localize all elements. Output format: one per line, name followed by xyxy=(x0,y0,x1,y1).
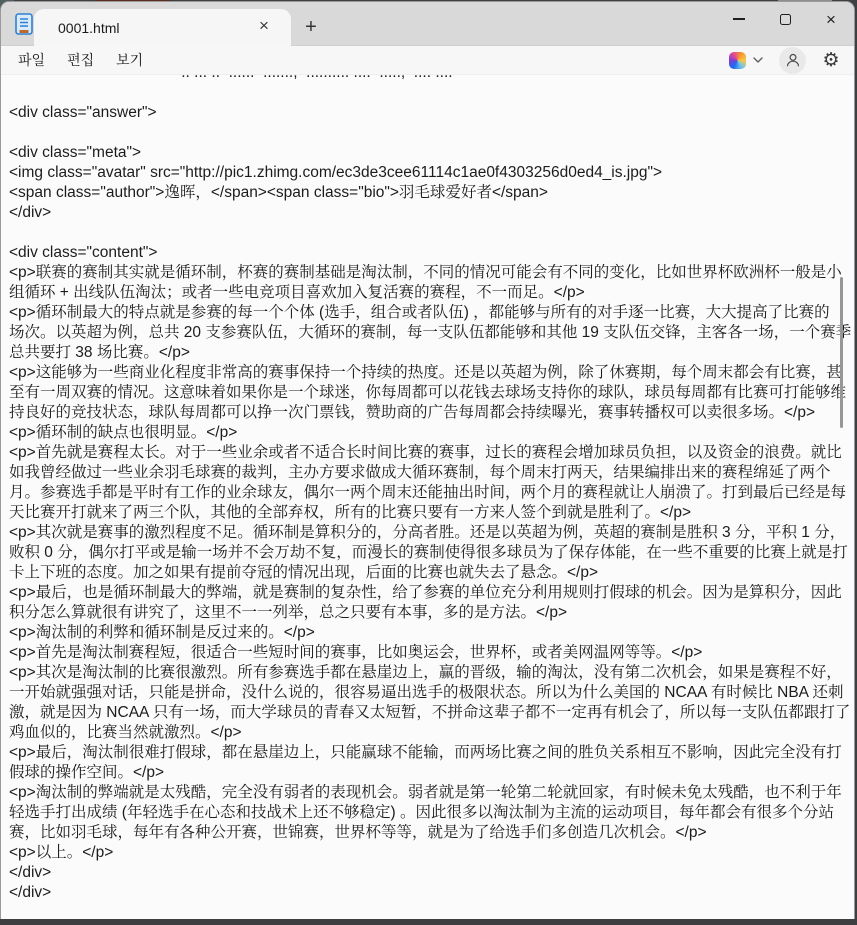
editor-line xyxy=(9,223,854,243)
editor-line xyxy=(9,83,854,103)
account-button[interactable] xyxy=(779,47,806,74)
menu-file[interactable]: 파일 xyxy=(7,47,56,73)
tab-0001-html[interactable]: 0001.html × xyxy=(34,9,291,46)
editor-line: 总共要打 38 场比赛。</p> xyxy=(9,343,854,363)
editor-line: <img class="avatar" src="http://pic1.zhi… xyxy=(9,163,854,183)
editor-line: 如我曾经做过一些业余羽毛球赛的裁判，主办方要求做成大循环赛制，每个周末打两天，结… xyxy=(9,463,854,483)
tab-title: 0001.html xyxy=(58,20,253,36)
editor-line: <p>以上。</p> xyxy=(9,843,854,863)
editor-line: </div> xyxy=(9,883,854,903)
minimize-button[interactable] xyxy=(716,2,762,36)
text-editor[interactable]: .. ... .. ...... ......., .......... ...… xyxy=(1,74,854,919)
editor-line: 鸡血似的，比赛当然就激烈。</p> xyxy=(9,723,854,743)
editor-line: .. ... .. ...... ......., .......... ...… xyxy=(9,74,854,83)
titlebar[interactable]: 0001.html × + × xyxy=(1,2,854,46)
editor-line: </div> xyxy=(9,863,854,883)
editor-line xyxy=(9,123,854,143)
tab-close-icon[interactable]: × xyxy=(253,17,275,39)
editor-line: <span class="author">逸晖，</span><span cla… xyxy=(9,183,854,203)
minimize-icon xyxy=(733,18,745,20)
editor-line: <p>循环制最大的特点就是参赛的每一个个体 (选手，组合或者队伍) ，都能够与所… xyxy=(9,303,854,323)
editor-line: <div class="content"> xyxy=(9,243,854,263)
editor-line: <p>这能够为一些商业化程度非常高的赛事保持一个持续的热度。还是以英超为例，除了… xyxy=(9,363,854,383)
editor-line: <p>首先是淘汰制赛程短，很适合一些短时间的赛事，比如奥运会，世界杯，或者美网温… xyxy=(9,643,854,663)
editor-line: <p>最后，也是循环制最大的弊端，就是赛制的复杂性，给了参赛的单位充分利用规则打… xyxy=(9,583,854,603)
notepad-window: 0001.html × + × 파일 편집 보기 xyxy=(0,1,855,919)
chevron-down-icon xyxy=(753,57,763,63)
editor-line: <p>淘汰制的弊端就是太残酷，完全没有弱者的表现机会。弱者就是第一轮第二轮就回家… xyxy=(9,783,854,803)
editor-line: 轻选手打出成绩 (年轻选手在心态和技战术上还不够稳定) 。因此很多以淘汰制为主流… xyxy=(9,803,854,823)
menu-edit[interactable]: 편집 xyxy=(56,47,105,73)
gear-icon: ⚙ xyxy=(822,49,839,72)
notepad-app-icon xyxy=(14,13,34,35)
editor-line: <p>循环制的缺点也很明显。</p> xyxy=(9,423,854,443)
editor-line: <p>其次是淘汰制的比赛很激烈。所有参赛选手都在悬崖边上，赢的晋级，输的淘汰，没… xyxy=(9,663,854,683)
editor-line: <p>首先就是赛程太长。对于一些业余或者不适合长时间比赛的赛事，过长的赛程会增加… xyxy=(9,443,854,463)
editor-line: 至有一周双赛的情况。这意味着如果你是一个球迷，你每周都可以花钱去球场支持你的球队… xyxy=(9,383,854,403)
settings-button[interactable]: ⚙ xyxy=(818,47,844,73)
editor-line: </div> xyxy=(9,203,854,223)
maximize-icon xyxy=(780,14,791,25)
close-icon: × xyxy=(826,11,836,28)
editor-line: 组循环 + 出线队伍淘汰；或者一些电竞项目喜欢加入复活赛的赛程，不一而足。</p… xyxy=(9,283,854,303)
menubar: 파일 편집 보기 ⚙ xyxy=(1,46,854,74)
editor-line: <p>联赛的赛制其实就是循环制，杯赛的赛制基础是淘汰制，不同的情况可能会有不同的… xyxy=(9,263,854,283)
editor-line: 激，就是因为 NCAA 只有一场，而大学球员的青春又太短暂，不拼命这辈子都不一定… xyxy=(9,703,854,723)
editor-line: 一开始就强强对话，只能是拼命，没什么说的，很容易逼出选手的极限状态。所以为什么美… xyxy=(9,683,854,703)
editor-line: 卡上下班的态度。加之如果有提前夺冠的情况出现，后面的比赛也就失去了悬念。</p> xyxy=(9,563,854,583)
editor-line: 败积 0 分，偶尔打平或是输一场并不会万劫不复，而漫长的赛制使得很多球员为了保存… xyxy=(9,543,854,563)
close-button[interactable]: × xyxy=(808,2,854,36)
editor-line: <p>其次就是赛事的激烈程度不足。循环制是算积分的，分高者胜。还是以英超为例，英… xyxy=(9,523,854,543)
editor-line: 积分怎么算就很有讲究了，这里不一一列举，总之只要有本事，多的是方法。</p> xyxy=(9,603,854,623)
editor-line: 月。参赛选手都是平时有工作的业余球友，偶尔一两个周末还能抽出时间，两个月的赛程就… xyxy=(9,483,854,503)
copilot-button[interactable] xyxy=(723,49,769,72)
editor-text: .. ... .. ...... ......., .......... ...… xyxy=(1,74,854,903)
new-tab-button[interactable]: + xyxy=(297,14,325,42)
editor-line: <p>最后，淘汰制很难打假球，都在悬崖边上，只能赢球不能输，而两场比赛之间的胜负… xyxy=(9,743,854,763)
person-icon xyxy=(785,52,801,68)
editor-line: 天比赛开打就来了两三个队，其他的全部弃权，所有的比赛只要有一方来人签个到就是胜利… xyxy=(9,503,854,523)
editor-line: <div class="meta"> xyxy=(9,143,854,163)
copilot-icon xyxy=(729,52,746,69)
editor-line: <div class="answer"> xyxy=(9,103,854,123)
maximize-button[interactable] xyxy=(762,2,808,36)
vertical-scrollbar-thumb[interactable] xyxy=(840,277,844,428)
editor-line: 赛，比如羽毛球，每年有各种公开赛，世锦赛，世界杯等等，就是为了给选手们多创造几次… xyxy=(9,823,854,843)
editor-line: 场次。以英超为例，总共 20 支参赛队伍，大循环的赛制，每一支队伍都能够和其他 … xyxy=(9,323,854,343)
editor-line: 持良好的竞技状态，球队每周都可以挣一次门票钱，赞助商的广告每周都会持续曝光，赛事… xyxy=(9,403,854,423)
editor-line: 假球的操作空间。</p> xyxy=(9,763,854,783)
menu-view[interactable]: 보기 xyxy=(105,47,154,73)
editor-line: <p>淘汰制的利弊和循环制是反过来的。</p> xyxy=(9,623,854,643)
